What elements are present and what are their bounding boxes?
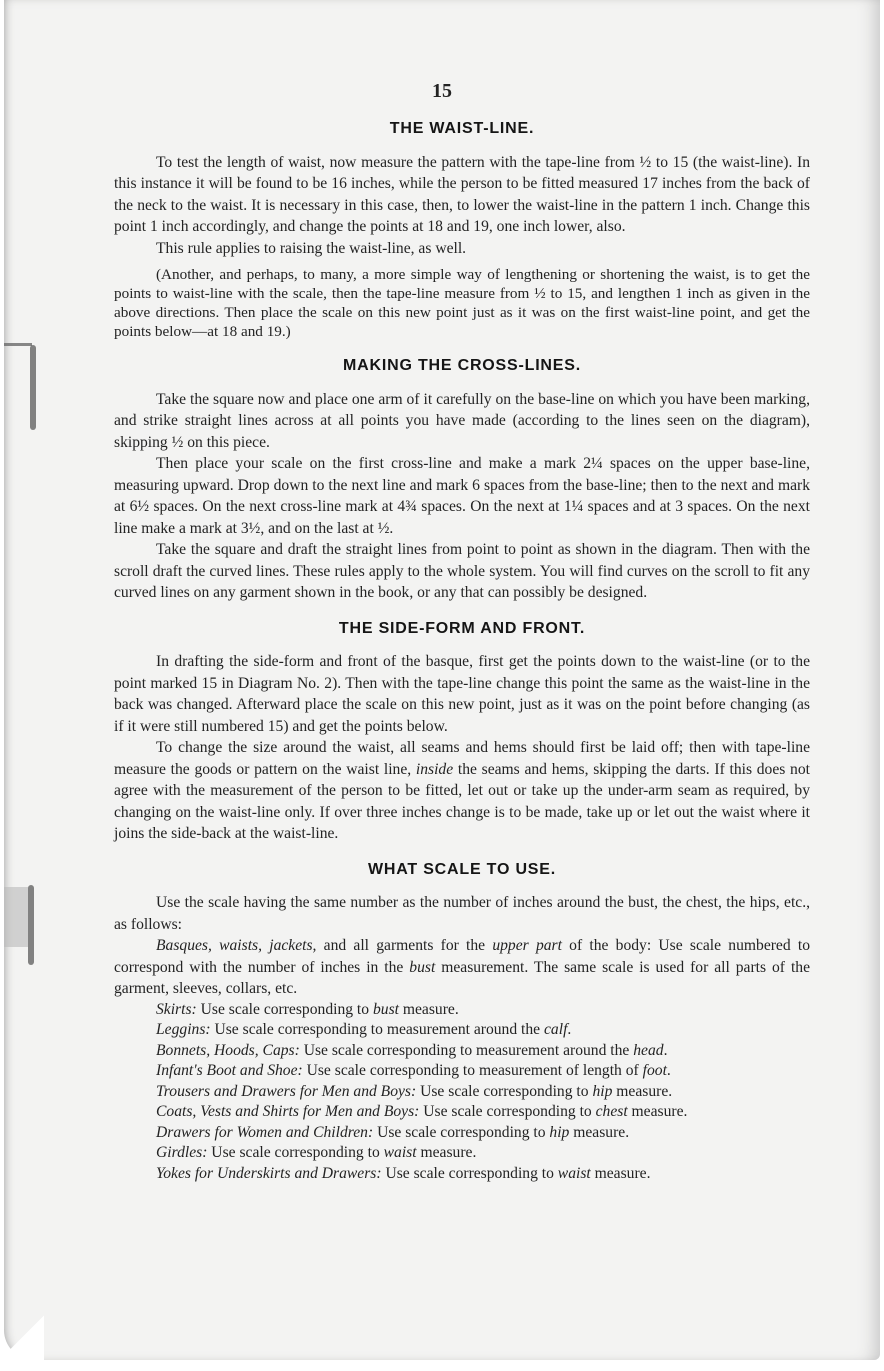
binding-stitch-mark	[30, 345, 36, 430]
scale-rule-item: Infant's Boot and Shoe: Use scale corres…	[114, 1061, 810, 1082]
section-waist-line: THE WAIST-LINE. To test the length of wa…	[114, 118, 810, 341]
scale-rule-item: Leggins: Use scale corresponding to meas…	[114, 1020, 810, 1041]
page-body: THE WAIST-LINE. To test the length of wa…	[114, 118, 810, 1198]
section-side-form-and-front: THE SIDE-FORM AND FRONT. In drafting the…	[114, 618, 810, 845]
garment-label: Leggins:	[156, 1021, 211, 1038]
garment-label: Bonnets, Hoods, Caps:	[156, 1042, 300, 1059]
section-heading: MAKING THE CROSS-LINES.	[114, 355, 810, 377]
paragraph: Use the scale having the same number as …	[114, 892, 810, 935]
measure-term: head	[633, 1042, 663, 1059]
paragraph: This rule applies to raising the waist-l…	[114, 238, 810, 260]
scale-rule-item: Skirts: Use scale corresponding to bust …	[114, 1000, 810, 1021]
scale-rules-list: Skirts: Use scale corresponding to bust …	[114, 1000, 810, 1185]
measure-term: waist	[558, 1165, 591, 1182]
section-cross-lines: MAKING THE CROSS-LINES. Take the square …	[114, 355, 810, 604]
measure-term: bust	[373, 1001, 399, 1018]
garment-label: Trousers and Drawers for Men and Boys:	[156, 1083, 416, 1100]
measure-term: hip	[549, 1124, 569, 1141]
scale-rule-item: Trousers and Drawers for Men and Boys: U…	[114, 1082, 810, 1103]
scale-rule-item: Coats, Vests and Shirts for Men and Boys…	[114, 1102, 810, 1123]
paragraph: Take the square now and place one arm of…	[114, 389, 810, 454]
scale-rule-item: Girdles: Use scale corresponding to wais…	[114, 1143, 810, 1164]
garment-label: Drawers for Women and Children:	[156, 1124, 373, 1141]
book-page: 15 THE WAIST-LINE. To test the length of…	[4, 0, 880, 1360]
emphasis: inside	[416, 761, 453, 778]
measure-term: waist	[384, 1144, 417, 1161]
scale-rule-item: Yokes for Underskirts and Drawers: Use s…	[114, 1164, 810, 1185]
paragraph: To test the length of waist, now measure…	[114, 152, 810, 238]
measure-term: calf	[544, 1021, 567, 1038]
garment-label: Yokes for Underskirts and Drawers:	[156, 1165, 382, 1182]
garment-label: Coats, Vests and Shirts for Men and Boys…	[156, 1103, 419, 1120]
garment-label: Infant's Boot and Shoe:	[156, 1062, 303, 1079]
paragraph-note: (Another, and perhaps, to many, a more s…	[114, 265, 810, 341]
measure-term: foot	[643, 1062, 667, 1079]
section-heading: WHAT SCALE TO USE.	[114, 859, 810, 881]
paragraph: To change the size around the waist, all…	[114, 737, 810, 845]
measure-term: chest	[596, 1103, 628, 1120]
garment-label: Skirts:	[156, 1001, 197, 1018]
binding-tape	[4, 887, 28, 947]
section-what-scale-to-use: WHAT SCALE TO USE. Use the scale having …	[114, 859, 810, 1185]
measure-term: hip	[592, 1083, 612, 1100]
paragraph: Then place your scale on the first cross…	[114, 453, 810, 539]
garment-label: Girdles:	[156, 1144, 207, 1161]
section-heading: THE SIDE-FORM AND FRONT.	[114, 618, 810, 640]
paragraph: Take the square and draft the straight l…	[114, 539, 810, 604]
binding-stitch-mark	[28, 885, 34, 965]
page-number: 15	[4, 80, 880, 103]
paragraph: In drafting the side-form and front of t…	[114, 651, 810, 737]
binding-tape	[4, 343, 32, 346]
paragraph-upper-garments: Basques, waists, jackets, and all garmen…	[114, 935, 810, 1000]
section-heading: THE WAIST-LINE.	[114, 118, 810, 140]
scale-rule-item: Bonnets, Hoods, Caps: Use scale correspo…	[114, 1041, 810, 1062]
scale-rule-item: Drawers for Women and Children: Use scal…	[114, 1123, 810, 1144]
